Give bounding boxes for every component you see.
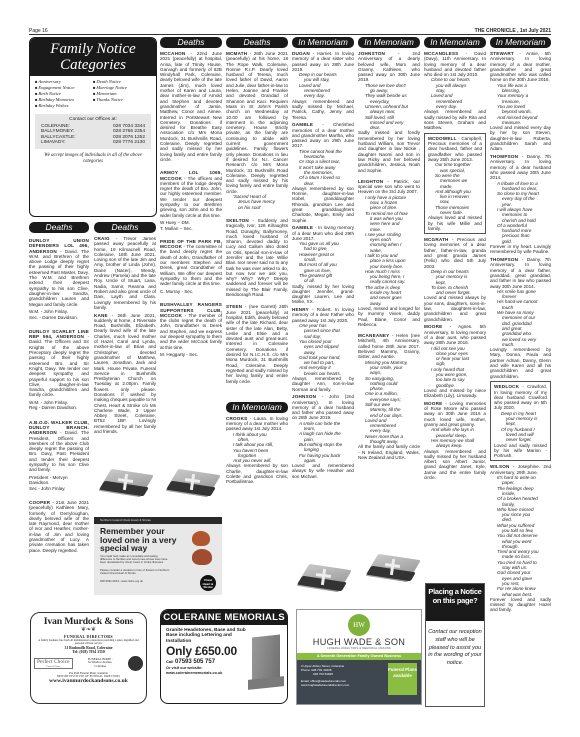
column-2: Deaths CRAIG - Trevor James passed away …: [94, 222, 156, 437]
notice-text: T. Mullan – Sec.: [160, 226, 222, 231]
deaths-header: Deaths: [226, 37, 288, 48]
notice-text: Sec. - Darren Davidson.: [29, 315, 89, 320]
heart-icon: [192, 531, 210, 546]
text-block: Categories: [30, 57, 156, 73]
notice: BUSHVALLEY RANGERS SUPPORTERS CLUB, MCCO…: [160, 302, 222, 350]
text-block: COLERAINE MEMORIALS: [161, 610, 287, 625]
notice-name: MCANEANEY: [358, 333, 389, 338]
notice-name: WILSON: [490, 464, 510, 469]
text-block: FUNERAL DIRECTORS & MEMORIAL MASONS: [297, 647, 421, 650]
notice-name: COOPER: [29, 500, 50, 505]
ivan-murdock-ad: Ivan Murdock & Sons ❦❧❦ FUNERAL DIRECTOR…: [30, 612, 147, 704]
notice-text: Sadly, missed by her loving daughter Jen…: [292, 284, 354, 305]
in-memoriam-header: In Memoriam: [490, 37, 551, 48]
text-line: - 2nd Anniversary of a dearly beloved wi…: [358, 51, 420, 82]
notice-text: M. Heggarty - Sec.: [160, 352, 222, 357]
text-line: LIMAVADY:: [41, 140, 66, 146]
text-line: - The officers and members of the lodge …: [160, 176, 222, 218]
column-3: Deaths MCCAHON - 22nd June 2021 (peacefu…: [160, 37, 222, 360]
notice-text: Always remembered and sadly missed by wi…: [424, 109, 486, 130]
notice-name: JOHNSTON: [358, 51, 385, 56]
text-block: Coleraine: [88, 665, 113, 669]
notice-text: Always remembered and sadly missed by Mi…: [292, 99, 354, 120]
notice-text: President - Mervyn Davidson.: [29, 475, 89, 486]
text-line: - 22nd June 2021 (peacefully) at hospita…: [160, 51, 222, 162]
notice-text: Loved and remembered always by wife Heat…: [292, 463, 354, 479]
text-line: - David. The Officers and Sir Knights of…: [29, 334, 89, 397]
text-line: - The committee of the band deeply regre…: [160, 244, 222, 286]
verse: Deep in our heartsyour memory iskept,To …: [424, 269, 486, 295]
notice: CRAIG - Trevor James passed away peacefu…: [94, 236, 156, 310]
verse: I only have a picturenow, a frozenpiece …: [358, 195, 420, 306]
phone-number[interactable]: 07593 505 757: [175, 659, 215, 665]
notice: GAMBLE - In loving memory of a dear Mum …: [292, 225, 354, 241]
notice: MCMATH - 26th June 2021 (peacefully) at …: [226, 51, 288, 194]
notice: MOORE - Agnes. 5th Anniversary. In lovin…: [424, 324, 486, 345]
hugh-wade-logo: HW: [348, 614, 370, 636]
text-block: Call: [166, 659, 173, 664]
notice-text: Loved and sadly missed by his wife Mario…: [494, 443, 547, 459]
text-block: A family business free from all multinat…: [34, 639, 143, 646]
notice-name: THOMPSON: [490, 154, 518, 159]
category-item: Thanks Notice: [93, 97, 151, 103]
deaths-header: Deaths: [29, 222, 89, 233]
header-rule: [29, 34, 551, 35]
notice: DUNLOY UNION DEFENDERS LOL 496, ANDERSON…: [29, 238, 89, 307]
notice-text: Loved, missed and longed for by mummy Vi…: [358, 306, 420, 327]
text-block: 3 Upper Abbey Street, Coleraine Phone: 0…: [297, 660, 421, 704]
notice-name: MCDOWELL: [428, 136, 457, 141]
notice-name: KANE: [94, 313, 108, 318]
text-block: You could help make an immediate and las…: [94, 553, 176, 567]
text-block: Perfect Choice: [37, 659, 70, 665]
notice: GAMBLE - Cherished memories of a dear mo…: [292, 122, 354, 148]
text-block: Granite Headstones, Base and Sub Base in…: [161, 625, 251, 644]
notice: STEWART - Annie, 5th Anniversary. In lov…: [490, 51, 551, 83]
notice: WEDLOCK - Crawford. In loving memory of …: [494, 384, 547, 410]
text-line: - 26th June 2021, suddenly at home, 4 Ri…: [94, 313, 156, 435]
column-4: Deaths MCMATH - 26th June 2021 (peaceful…: [226, 37, 288, 487]
notice: DUNLOY SCARLET LINE RBP 594, ANDERSON - …: [29, 329, 89, 398]
notice-name: SKELTON: [226, 218, 249, 223]
in-memoriam-header: In Memoriam: [226, 402, 288, 413]
text-line: - (nee Garrett) 26th June 2021 (peaceful…: [226, 304, 288, 383]
deaths-header: Deaths: [160, 37, 222, 48]
perfect-choice-logo: Perfect ChoiceFuneral Plans: [34, 658, 73, 669]
verse: Your life was ablessing,Your memory atre…: [490, 83, 551, 125]
notice-name: MCCANDLESS: [424, 51, 458, 56]
notice: MCCANDLESS - David (Davy), 11th Annivers…: [424, 51, 486, 77]
text-line: - 26th June 2021 (peacefully) at his hom…: [226, 51, 288, 194]
verse: A smile can hide thetears,A laugh can hi…: [292, 421, 354, 463]
text-block: A Seventh Generation Family Owned Busine…: [297, 653, 421, 660]
verse: A tribute of love to ahusband so dear,So…: [490, 181, 551, 245]
text-block: 028 9032 0184 • www.nichs.org.uk: [94, 578, 176, 585]
notice-name: STEWART: [490, 51, 514, 56]
hugh-wade-ad: HW HUGH WADE & SON FUNERAL DIRECTORS & M…: [296, 609, 422, 705]
verse: Missing you Mammy,your smile, yourways,S…: [358, 360, 420, 445]
placing-notice-ad: Placing a Notice on this page? Contact o…: [425, 583, 485, 707]
notice-text: Always loved and missed by his wife Mill…: [428, 215, 482, 231]
notice-text: Always remembered by son Ronnie, daughte…: [292, 186, 354, 223]
verse: 'Sacred Heart ofJesus have mercyon his s…: [226, 194, 288, 210]
notice-name: GAMBLE: [292, 225, 313, 230]
text-line: - Trevor James passed away peacefully at…: [94, 236, 156, 310]
notice: STEEN - (nee Garrett) 26th June 2021 (pe…: [226, 304, 288, 383]
family-notice-title: Family Notice Categories: [30, 38, 156, 76]
notice-text: C. Murray - Sec.: [160, 289, 222, 294]
notice: MCDOWELL - Campbell. Precious memories o…: [428, 136, 482, 162]
notice: LEIGHTON - Patrick, our special wee son …: [358, 179, 420, 195]
verse: I think about youoften,I talk about you …: [226, 432, 288, 464]
notice: MCGRATH - Precious and loving memories o…: [424, 237, 486, 269]
chest-heart-stroke-logo: Chest Heart & Stroke: [200, 575, 216, 591]
notice: JOHNSTON - 2nd Anniversary of a dearly b…: [358, 51, 420, 83]
verse: His smile has goneforeverHis hand we can…: [490, 289, 551, 347]
notice-name: DUGAN: [292, 51, 310, 56]
notice-name: JOHNSON: [292, 394, 316, 399]
notice: PRIDE OF THE PARK FB, MCCOOK - The commi…: [160, 239, 222, 287]
in-memoriam-header: In Memoriam: [424, 37, 486, 48]
verse: Close to our heartsyou will alwaysstay,L…: [424, 77, 486, 109]
notice-name: CRAIG: [94, 236, 110, 241]
text-line: - Precious and loving memories of a dear…: [424, 237, 486, 268]
text-block: Contact our Offices at:: [41, 117, 145, 123]
crest-icon: [128, 656, 143, 671]
bible-cross-icon: [98, 470, 154, 500]
notice-name: MCGRATH: [424, 237, 449, 242]
notice: WILSON - Josephine. 2nd Anniversary, 29t…: [490, 464, 551, 475]
notice-text: Loved and missed every day by her by son…: [490, 125, 551, 151]
heart-icon: [192, 549, 212, 565]
notice-name: HUGH WADE & SON: [297, 637, 421, 647]
text-line: - Annie, 5th Anniversary. In loving memo…: [490, 51, 551, 82]
notice-text: Sec - John Finlay.: [29, 486, 89, 491]
in-memoriam-header: In Memoriam: [292, 37, 354, 48]
notice: THOMPSON - Danny. 7th Anniversary. In lo…: [490, 257, 551, 289]
office-row: LIMAVADY:028 7776 2130: [41, 140, 145, 146]
text-line: - David. The W.M. and Brethren of the ab…: [29, 249, 89, 307]
notice: THOMPSON - Danny. 7th Anniversary. In lo…: [490, 154, 551, 180]
text-line: on his soul': [233, 205, 288, 210]
text-block: Ivan Murdock & Sons: [34, 616, 143, 627]
ornament-icon: ❦❧❦: [34, 627, 143, 634]
text-line: - Danny. 7th Anniversary. In loving memo…: [490, 257, 551, 288]
notice-name: GAMBLE: [292, 122, 313, 127]
family-notice-categories-box: Family Notice Categories Anniversary Dea…: [29, 37, 157, 217]
images-note: We accept images of individuals in all o…: [30, 151, 156, 167]
notice-name: STEEN: [226, 304, 242, 309]
notice: MOORE - Loving memories of Rose Moore wh…: [424, 401, 486, 427]
notice: HENRY - Robert. In loving memory of a de…: [292, 307, 354, 323]
column-6: In Memoriam JOHNSTON - 2nd Anniversary o…: [358, 37, 420, 463]
text-block: Family Notice: [30, 41, 156, 57]
notice-text: Lovingly remembered by Mary, Donna, Paul…: [490, 347, 551, 379]
bible-cross-icon: [365, 555, 421, 585]
notice-name: MOORE: [424, 401, 442, 406]
bible-cross-icon: [165, 470, 221, 500]
notice: CROOKS - Laura. In loving memory of a de…: [226, 416, 288, 432]
notice-text: Always remembered by son Charlie, daught…: [226, 463, 288, 484]
notice-text: All the family and family circle - N Ire…: [358, 444, 420, 460]
verse: You gave us all youhad to give,However g…: [292, 241, 354, 283]
text-block: Remember your loved one in a very specia…: [94, 524, 184, 553]
text-line: - David. The President, Officers and Mem…: [29, 430, 89, 472]
notice-name: LEIGHTON: [358, 179, 383, 184]
notice-text: Forever loved and sadly missed by daught…: [490, 597, 551, 613]
column-7: In Memoriam MCCANDLESS - David (Davy), 1…: [424, 37, 486, 483]
chest-heart-stroke-ad: Northern Ireland Chest Heart & Stroke Re…: [94, 517, 222, 595]
verse: One year haspassed since thatsad day,You…: [292, 323, 354, 376]
notice: COOPER - 21st June 2021 (peacefully) Kat…: [29, 500, 89, 553]
office-contacts: Contact our Offices at: COLERAINE:028 70…: [35, 114, 151, 149]
deaths-header: Deaths: [94, 222, 156, 233]
text-block: Contact our reception staff who will be …: [426, 621, 484, 676]
category-item: Birthday Wishes: [35, 103, 93, 109]
verse: And while she lays inpeaceful sleep,Her …: [424, 427, 486, 448]
notice: DUGAN - Harriet. In loving memory of a d…: [292, 51, 354, 72]
notice-text: Sadly missed and fondly remembered by he…: [358, 130, 420, 172]
notice: A.B.O.D. WALKER CLUB, DUNLOY BRANCH. AND…: [29, 420, 89, 473]
in-memoriam-header: In Memoriam: [358, 37, 420, 48]
murdock-website-link[interactable]: www.ivanmurdockandsons.co.uk: [34, 678, 143, 684]
text-block: Tel: (028) 7034 3350: [34, 650, 143, 654]
notice: MCCAHON - 22nd June 2021 (peacefully) at…: [160, 51, 222, 162]
text-block: Placing a Notice on this page?: [426, 584, 484, 621]
notice-name: WEDLOCK: [494, 384, 519, 389]
text-block: Funeral Plans: [37, 665, 70, 668]
notice-name: MCCAHON: [160, 51, 185, 56]
notice-text: Reg - Darren Davidson.: [29, 405, 89, 410]
text-line: - The member of the clubs regret the dea…: [160, 313, 222, 350]
boxed-notice: WEDLOCK - Crawford. In loving memory of …: [490, 381, 551, 461]
text-block: FUNERAL HOME -In Windsor Avenue,Colerain…: [88, 658, 113, 669]
notice-text: Loved and missed by niece Elizabeth (Lil…: [424, 388, 486, 399]
bible-cross-icon: [296, 565, 352, 595]
notice-text: Always remembered and sadly missed by he…: [424, 449, 486, 481]
verse: Time cannot heal theheartache,Or stop a …: [292, 149, 354, 186]
notice-name: MOORE: [424, 324, 442, 329]
column-8: In Memoriam STEWART - Annie, 5th Anniver…: [490, 37, 551, 615]
notice-text: Loved and missed always by your sons, da…: [424, 295, 486, 321]
category-list: Anniversary Death Notice Engagement Noti…: [30, 76, 156, 112]
verse: It's hard to write onpaper,The feelings …: [490, 475, 551, 597]
notice: KANE - 26th June 2021, suddenly at home,…: [94, 313, 156, 435]
notice: SKELTON - Suddenly and tragically, Ivor,…: [226, 218, 288, 297]
text-block: Please consider a donation in lieu of fl…: [94, 567, 176, 578]
column-5: In Memoriam DUGAN - Harriet. In loving m…: [292, 37, 354, 481]
text-block: Northern Ireland Chest Heart & Stroke: [94, 517, 222, 524]
verse: Those we love don'tgo away,They walk bes…: [358, 83, 420, 131]
verse: Our time togetherwas special,So were the…: [428, 162, 482, 215]
notice-text: Forever in my heart. Lovingly remembered…: [490, 244, 551, 255]
notice-name: CROOKS: [226, 416, 247, 421]
verse: I did not see youclose your eyesor hear …: [424, 346, 486, 388]
coleraine-memorials-ad: COLERAINE MEMORIALS Granite Headstones, …: [160, 609, 288, 704]
boxed-notice: MCDOWELL - Campbell. Precious memories o…: [424, 133, 486, 234]
text-line: - 21st June 2021 (peacefully) Kathleen M…: [29, 500, 89, 553]
text-line: - Suddenly and tragically, Ivor, 126 Kil…: [226, 218, 288, 297]
text-block: Perfect ChoiceFuneral Plans FUNERAL HOME…: [34, 656, 143, 671]
notice-name: HENRY: [292, 307, 309, 312]
notice: MCANEANEY - Helen (nee Mitchell), 4th An…: [358, 333, 420, 359]
notice-name: MCMATH: [226, 51, 247, 56]
notice: ARMOY LOL 1065, MCCOOK - The officers an…: [160, 170, 222, 218]
notice-name: THOMPSON: [490, 257, 518, 262]
notice-text: Always remembered by daughter Ann, son-i…: [292, 376, 354, 392]
text-block: Funeral Plans available: [388, 663, 417, 695]
verse: Deep in my heartyour memory iskept,Of my…: [494, 411, 547, 443]
notice: JOHNSON - John (2nd Anniversary). In lov…: [292, 394, 354, 420]
column-1: Deaths DUNLOY UNION DEFENDERS LOL 496, A…: [29, 222, 89, 555]
text-line: 028 7776 2130: [113, 140, 145, 146]
page-header: Page 16 THE CHRONICLE , 1st July 2021: [29, 27, 551, 37]
verse: Deep in our heartsyou will stay,Loved an…: [292, 72, 354, 98]
notice-name: DUNLOY SCARLET LINE RBP 594, ANDERSON: [29, 329, 89, 339]
